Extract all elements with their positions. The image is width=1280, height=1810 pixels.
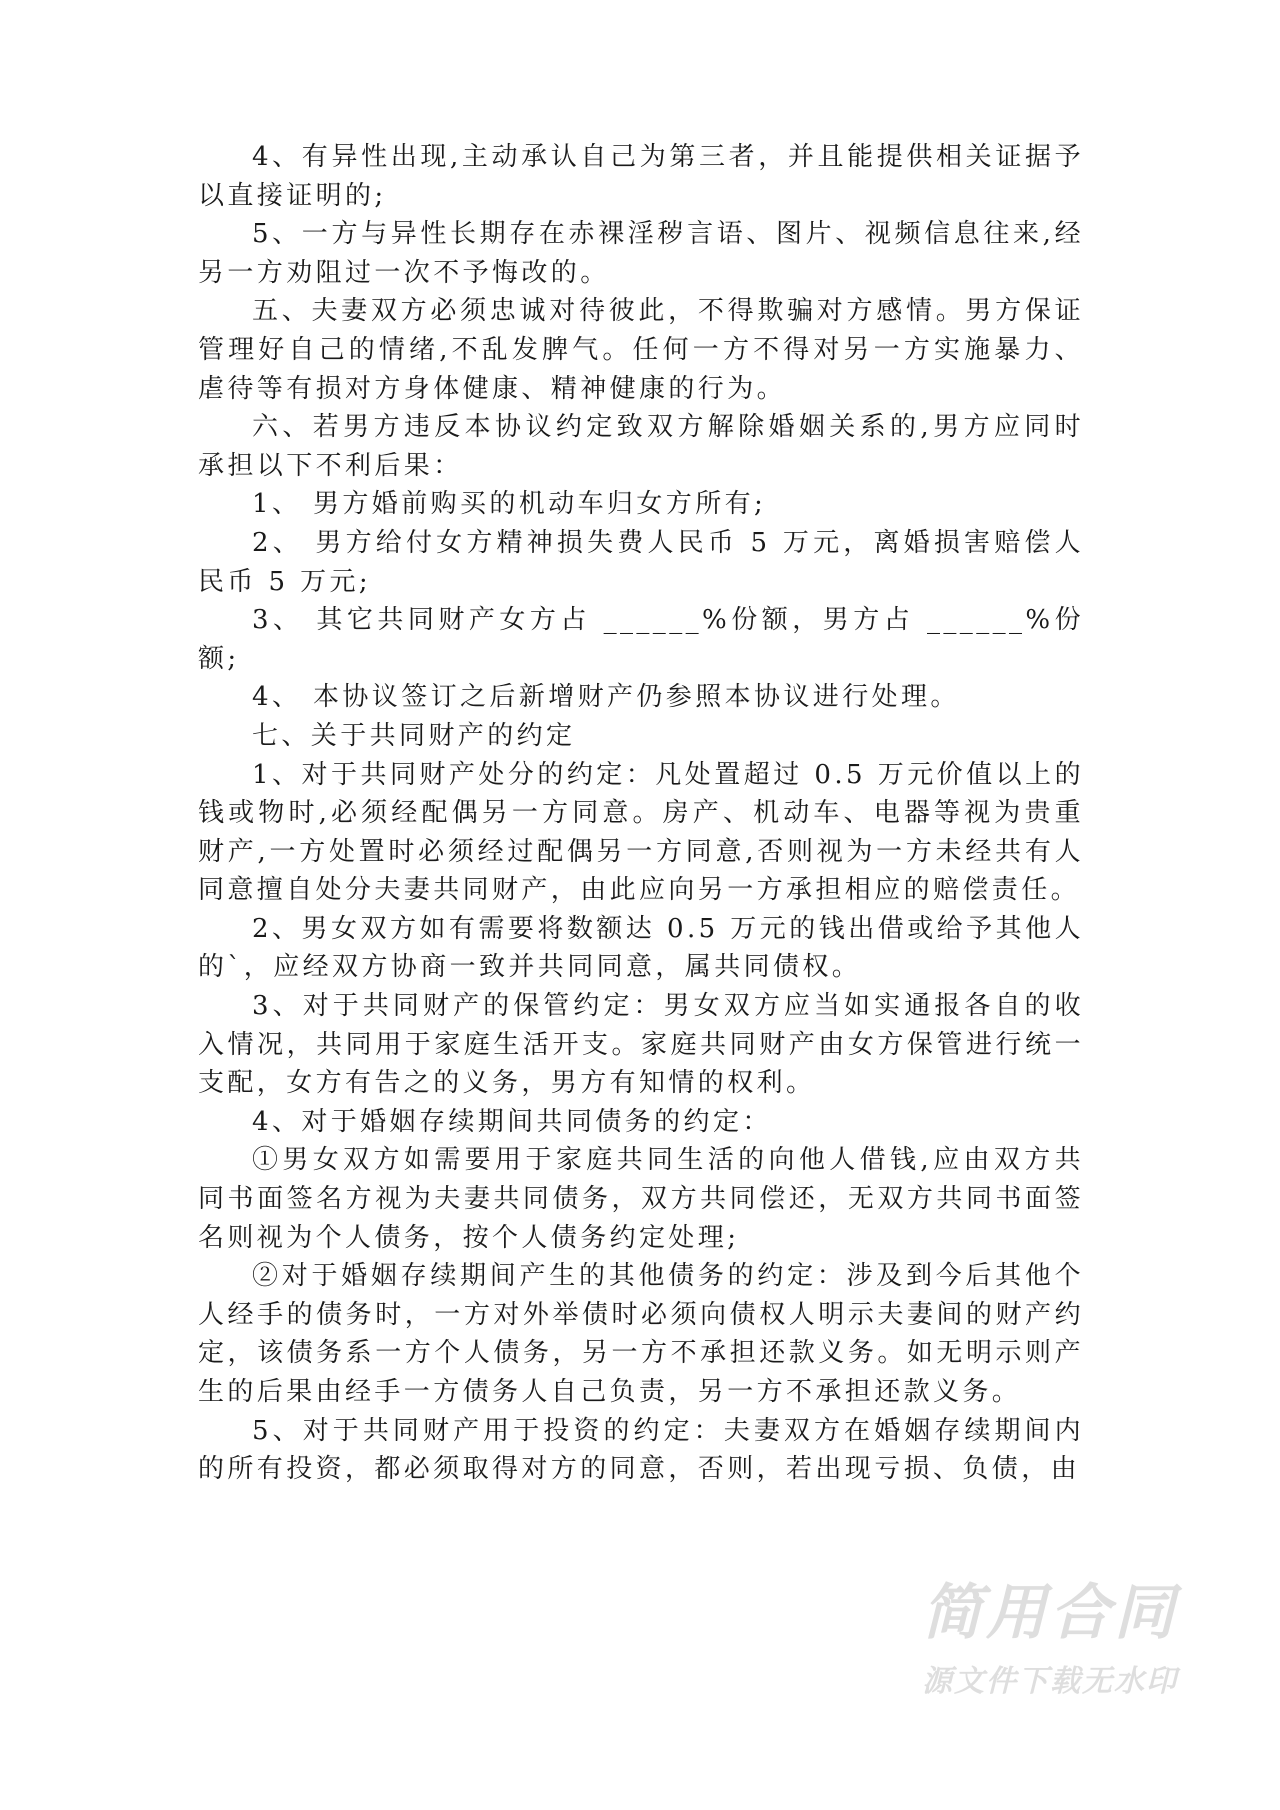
watermark-sub-text: 源文件下载无水印 [880, 1664, 1220, 1700]
watermark: 简用合同 源文件下载无水印 [880, 1578, 1220, 1700]
consequence-4-new-property: 4、 本协议签订之后新增财产仍参照本协议进行处理。 [198, 678, 1084, 717]
consequence-1-vehicle: 1、 男方婚前购买的机动车归女方所有; [198, 485, 1084, 524]
consequence-3-property-share: 3、 其它共同财产女方占 ______%份额，男方占 ______%份额; [198, 601, 1084, 678]
property-clause-1-disposal: 1、对于共同财产处分的约定：凡处置超过 0.5 万元价值以上的钱或物时,必须经配… [198, 756, 1084, 910]
debt-item-2-other-debts: ②对于婚姻存续期间产生的其他债务的约定：涉及到今后其他个人经手的债务时，一方对外… [198, 1257, 1084, 1411]
clause-4-third-party: 4、有异性出现,主动承认自己为第三者，并且能提供相关证据予以直接证明的; [198, 138, 1084, 215]
consequence-2-compensation: 2、 男方给付女方精神损失费人民币 5 万元，离婚损害赔偿人民币 5 万元; [198, 524, 1084, 601]
section-7-heading: 七、关于共同财产的约定 [198, 717, 1084, 756]
document-page: 4、有异性出现,主动承认自己为第三者，并且能提供相关证据予以直接证明的; 5、一… [198, 138, 1084, 1489]
section-6-consequences: 六、若男方违反本协议约定致双方解除婚姻关系的,男方应同时承担以下不利后果： [198, 408, 1084, 485]
property-clause-4-debts: 4、对于婚姻存续期间共同债务的约定： [198, 1103, 1084, 1142]
property-clause-3-custody: 3、对于共同财产的保管约定：男女双方应当如实通报各自的收入情况，共同用于家庭生活… [198, 987, 1084, 1103]
clause-5-explicit-messages: 5、一方与异性长期存在赤裸淫秽言语、图片、视频信息往来,经另一方劝阻过一次不予悔… [198, 215, 1084, 292]
watermark-main-text: 简用合同 [880, 1578, 1220, 1648]
property-clause-2-lending: 2、男女双方如有需要将数额达 0.5 万元的钱出借或给予其他人的`，应经双方协商… [198, 910, 1084, 987]
property-clause-5-investment: 5、对于共同财产用于投资的约定：夫妻双方在婚姻存续期间内的所有投资，都必须取得对… [198, 1412, 1084, 1489]
debt-item-1-joint-borrowing: ①男女双方如需要用于家庭共同生活的向他人借钱,应由双方共同书面签名方视为夫妻共同… [198, 1141, 1084, 1257]
section-5-loyalty: 五、夫妻双方必须忠诚对待彼此，不得欺骗对方感情。男方保证管理好自己的情绪,不乱发… [198, 292, 1084, 408]
